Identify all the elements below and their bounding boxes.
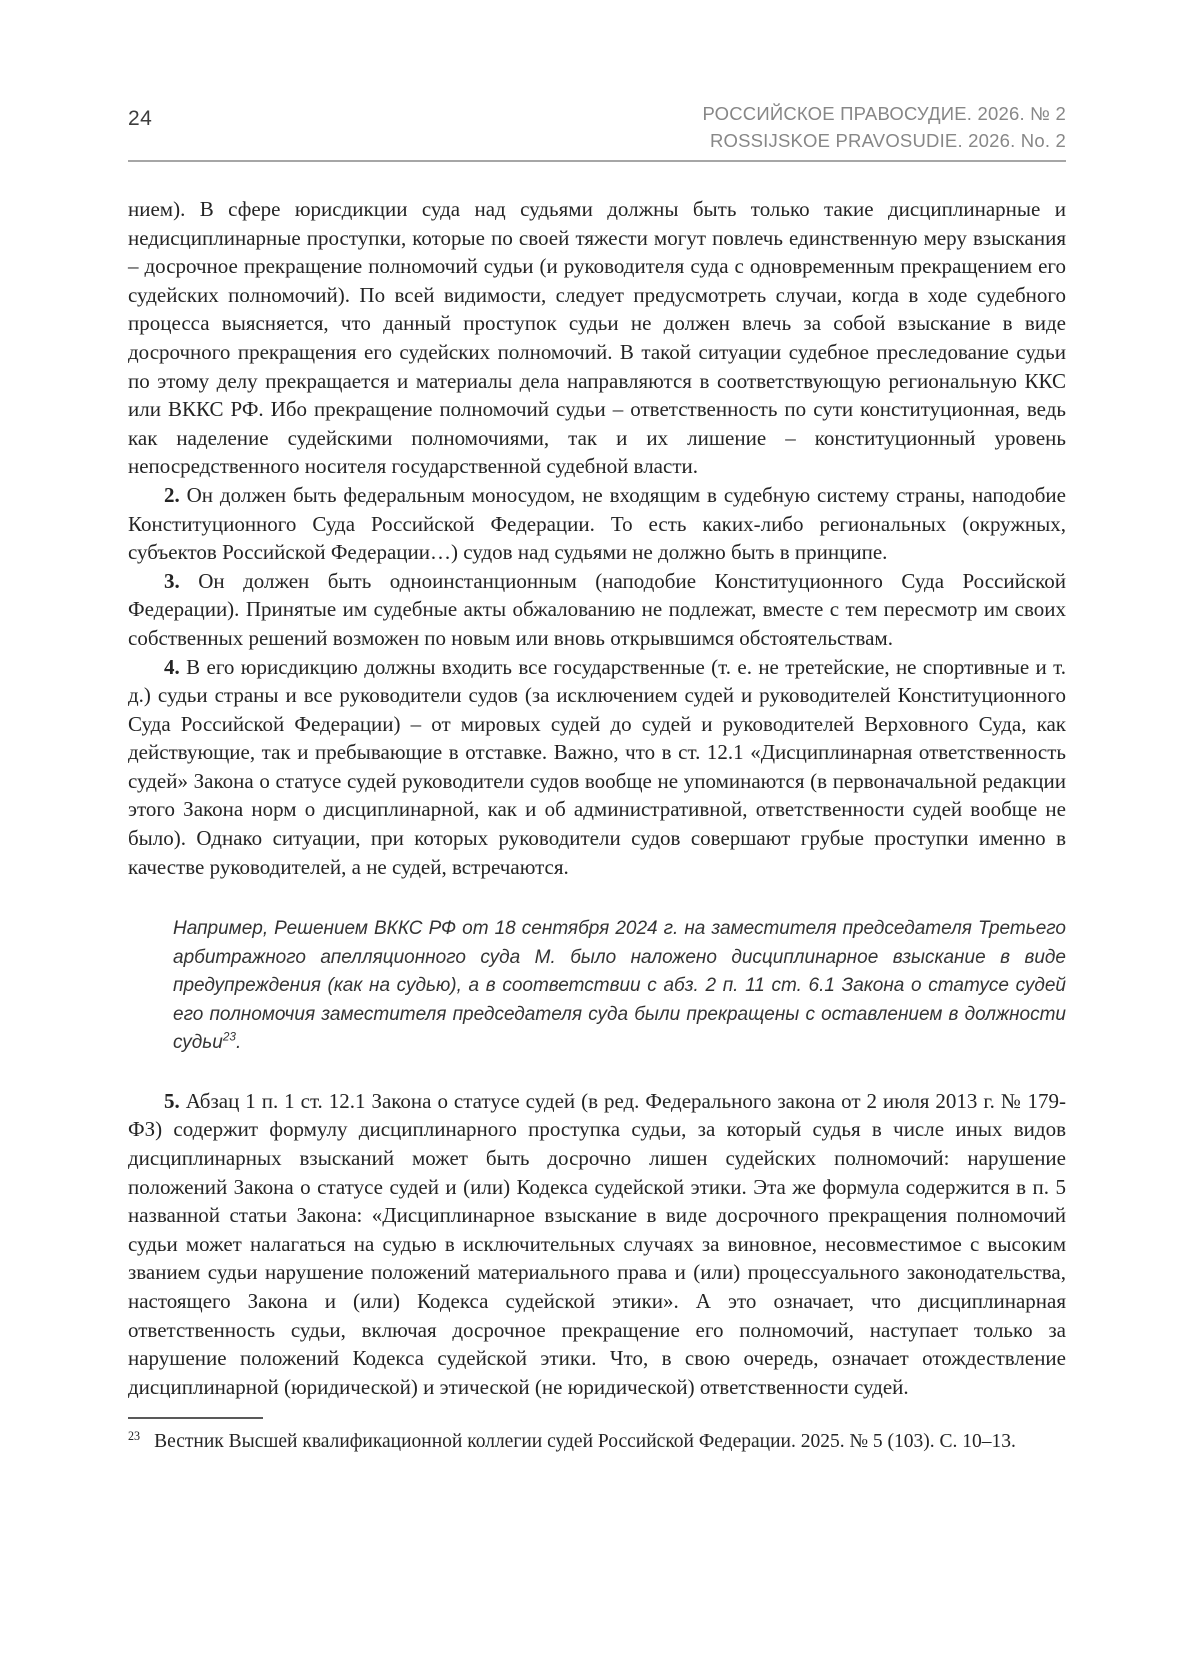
footnote: 23Вестник Высшей квалификационной коллег… <box>128 1428 1066 1456</box>
page-content: 24 РОССИЙСКОЕ ПРАВОСУДИЕ. 2026. № 2 ROSS… <box>128 100 1066 1456</box>
paragraph: 5. Абзац 1 п. 1 ст. 12.1 Закона о статус… <box>128 1087 1066 1402</box>
running-head: 24 РОССИЙСКОЕ ПРАВОСУДИЕ. 2026. № 2 ROSS… <box>128 100 1066 154</box>
paragraph: нием). В сфере юрисдикции суда над судья… <box>128 195 1066 481</box>
paragraph: 3. Он должен быть одноинстанционным (нап… <box>128 567 1066 653</box>
footnote-marker: 23 <box>128 1429 140 1443</box>
header-rule <box>128 160 1066 162</box>
paragraph-number: 3. <box>164 569 180 593</box>
footnote-text: Вестник Высшей квалификационной коллегии… <box>154 1431 1016 1452</box>
footnote-area: 23Вестник Высшей квалификационной коллег… <box>128 1417 1066 1456</box>
journal-title-transliterated: ROSSIJSKOE PRAVOSUDIE. 2026. No. 2 <box>702 127 1066 154</box>
footnote-separator <box>128 1417 263 1419</box>
journal-page: 24 РОССИЙСКОЕ ПРАВОСУДИЕ. 2026. № 2 ROSS… <box>0 0 1200 1680</box>
journal-title-russian: РОССИЙСКОЕ ПРАВОСУДИЕ. 2026. № 2 <box>702 100 1066 127</box>
paragraph: 4. В его юрисдикцию должны входить все г… <box>128 653 1066 882</box>
paragraph-number: 2. <box>164 483 180 507</box>
paragraph-number: 4. <box>164 655 180 679</box>
paragraph-number: 5. <box>164 1089 180 1113</box>
page-number: 24 <box>128 100 152 131</box>
example-block: Например, Решением ВККС РФ от 18 сентябр… <box>173 915 1066 1058</box>
journal-titles: РОССИЙСКОЕ ПРАВОСУДИЕ. 2026. № 2 ROSSIJS… <box>702 100 1066 154</box>
article-body: нием). В сфере юрисдикции суда над судья… <box>128 195 1066 1401</box>
paragraph: 2. Он должен быть федеральным моносудом,… <box>128 481 1066 567</box>
footnote-reference: 23 <box>223 1031 236 1044</box>
